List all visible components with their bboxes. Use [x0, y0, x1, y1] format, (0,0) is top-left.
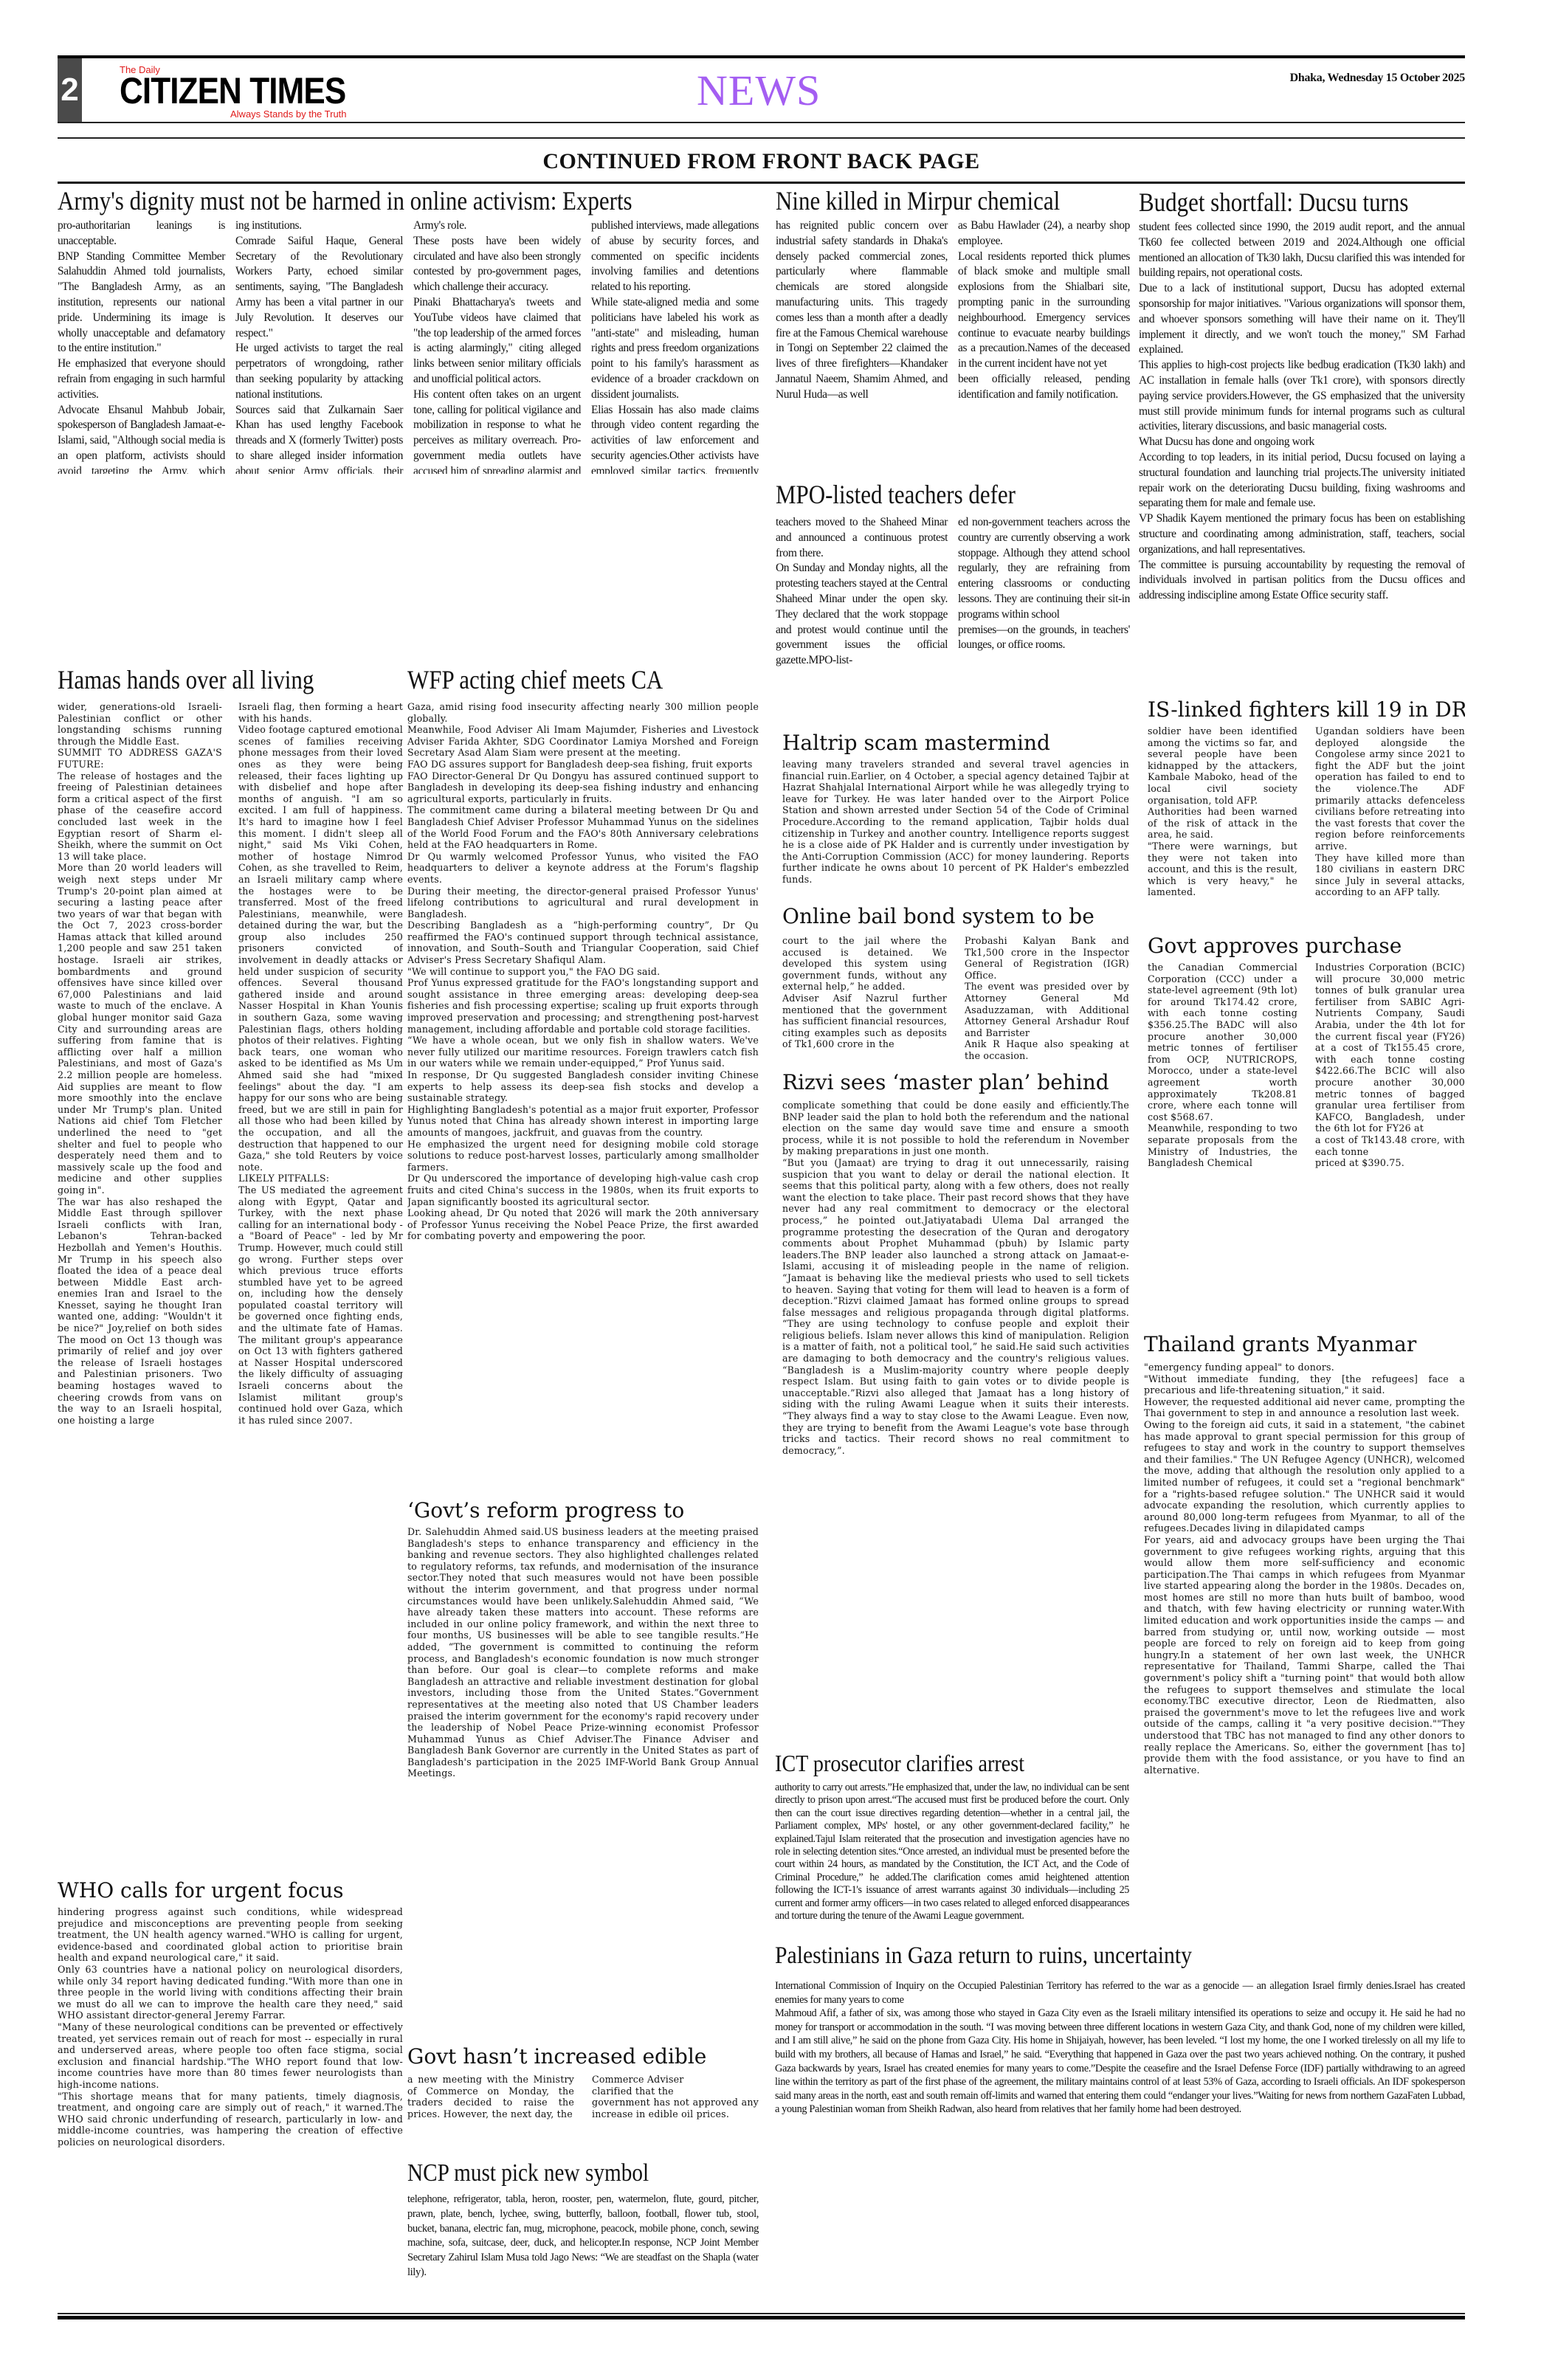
headline-ict[interactable]: ICT prosecutor clarifies arrest: [775, 1749, 1086, 1777]
article-body: teachers moved to the Shaheed Minar and …: [776, 515, 1130, 669]
column-2: Industries Corporation (BCIC) will procu…: [1315, 962, 1465, 1169]
article-body: International Commission of Inquiry on t…: [775, 1979, 1465, 2117]
article-body: the Canadian Commercial Corporation (CCC…: [1148, 962, 1465, 1169]
article-who: WHO calls for urgent focus hindering pro…: [58, 1878, 403, 2310]
section-title: NEWS: [697, 66, 821, 115]
column-2: Commerce Adviser clarified that the gove…: [592, 2074, 759, 2119]
column-1: pro-authoritarian leanings is unacceptab…: [58, 218, 225, 474]
article-body: student fees collected since 1990, the 2…: [1139, 220, 1465, 604]
article-body: wider, generations-old Israeli-Palestini…: [58, 701, 403, 1426]
article-is-drc: IS-linked fighters kill 19 in DR soldier…: [1148, 697, 1465, 926]
article-haltrip: Haltrip scam mastermind leaving many tra…: [782, 731, 1129, 908]
divider: [58, 182, 1465, 184]
headline-gaza[interactable]: Palestinians in Gaza return to ruins, un…: [775, 1941, 1396, 1970]
column-2: ed non-government teachers across the co…: [958, 515, 1130, 669]
headline-ncp[interactable]: NCP must pick new symbol: [407, 2159, 709, 2188]
headline-ducsu[interactable]: Budget shortfall: Ducsu turns: [1139, 186, 1419, 218]
column-3: Army's role. These posts have been widel…: [413, 218, 581, 474]
column-2: ing institutions. Comrade Saiful Haque, …: [235, 218, 403, 474]
logo-main-text: CITIZEN TIMES: [120, 72, 345, 110]
continued-banner: CONTINUED FROM FRONT BACK PAGE: [58, 137, 1465, 174]
headline-govt-purchase[interactable]: Govt approves purchase: [1148, 934, 1465, 959]
column-1: the Canadian Commercial Corporation (CCC…: [1148, 962, 1297, 1169]
headline-thailand[interactable]: Thailand grants Myanmar: [1144, 1332, 1465, 1357]
headline-edible[interactable]: Govt hasn’t increased edible: [407, 2044, 759, 2069]
headline-hamas[interactable]: Hamas hands over all living: [58, 664, 354, 695]
column-1: soldier have been identified among the v…: [1148, 725, 1297, 898]
column-1: has reignited public concern over indust…: [776, 218, 948, 403]
article-body: authority to carry out arrests.”He empha…: [775, 1781, 1129, 1922]
article-ict: ICT prosecutor clarifies arrest authorit…: [775, 1749, 1129, 1948]
headline-army[interactable]: Army's dignity must not be harmed in onl…: [58, 186, 661, 215]
article-body: complicate something that could be done …: [782, 1100, 1129, 1456]
article-body: leaving many travelers stranded and seve…: [782, 759, 1129, 886]
article-gaza: Palestinians in Gaza return to ruins, un…: [775, 1941, 1465, 2310]
logo-tagline: Always Stands by the Truth: [230, 108, 347, 120]
column-2: Ugandan soldiers have been deployed alon…: [1315, 725, 1465, 898]
headline-rizvi[interactable]: Rizvi sees ‘master plan’ behind: [782, 1070, 1129, 1095]
column-1: court to the jail where the accused is d…: [782, 935, 947, 1062]
headline-wfp[interactable]: WFP acting chief meets CA: [407, 664, 709, 695]
bottom-divider: [58, 2313, 1465, 2314]
article-body: court to the jail where the accused is d…: [782, 935, 1129, 1062]
article-rizvi: Rizvi sees ‘master plan’ behind complica…: [782, 1070, 1129, 1561]
column-2: Israeli flag, then forming a heart with …: [238, 701, 403, 1426]
article-body: "emergency funding appeal" to donors. "W…: [1144, 1362, 1465, 1776]
column-1: a new meeting with the Ministry of Comme…: [407, 2074, 574, 2119]
dateline: Dhaka, Wednesday 15 October 2025: [1290, 72, 1465, 85]
article-body: pro-authoritarian leanings is unacceptab…: [58, 218, 759, 474]
headline-mirpur[interactable]: Nine killed in Mirpur chemical: [776, 186, 1080, 215]
page-number: 2: [58, 58, 82, 122]
headline-mpo[interactable]: MPO-listed teachers defer: [776, 478, 1080, 511]
article-body: Dr. Salehuddin Ahmed said.US business le…: [407, 1526, 759, 1779]
column-2: Probashi Kalyan Bank and Tk1,500 crore i…: [965, 935, 1129, 1062]
article-thailand: Thailand grants Myanmar "emergency fundi…: [1144, 1332, 1465, 1941]
newspaper-logo[interactable]: The Daily CITIZEN TIMES Always Stands by…: [90, 61, 311, 120]
article-body: soldier have been identified among the v…: [1148, 725, 1465, 898]
column-4: published interviews, made allegations o…: [591, 218, 759, 474]
headline-reform[interactable]: ‘Govt’s reform progress to: [407, 1498, 759, 1523]
column-1: wider, generations-old Israeli-Palestini…: [58, 701, 222, 1426]
article-army: Army's dignity must not be harmed in onl…: [58, 186, 759, 474]
article-govt-purchase: Govt approves purchase the Canadian Comm…: [1148, 934, 1465, 1317]
article-mirpur: Nine killed in Mirpur chemical has reign…: [776, 186, 1130, 474]
column-2: as Babu Hawlader (24), a nearby shop emp…: [958, 218, 1130, 403]
column-1: teachers moved to the Shaheed Minar and …: [776, 515, 948, 669]
article-body: Gaza, amid rising food insecurity affect…: [407, 701, 759, 1242]
article-body: a new meeting with the Ministry of Comme…: [407, 2074, 759, 2119]
article-body: telephone, refrigerator, tabla, heron, r…: [407, 2193, 759, 2280]
article-reform: ‘Govt’s reform progress to Dr. Salehuddi…: [407, 1498, 759, 1941]
article-body: hindering progress against such conditio…: [58, 1906, 403, 2148]
headline-who[interactable]: WHO calls for urgent focus: [58, 1878, 403, 1903]
article-wfp: WFP acting chief meets CA Gaza, amid ris…: [407, 664, 759, 1472]
article-ducsu: Budget shortfall: Ducsu turns student fe…: [1139, 186, 1465, 699]
headline-haltrip[interactable]: Haltrip scam mastermind: [782, 731, 1129, 756]
headline-bail[interactable]: Online bail bond system to be: [782, 904, 1129, 929]
masthead: 2 The Daily CITIZEN TIMES Always Stands …: [58, 55, 1465, 123]
bottom-divider-thick: [58, 2316, 1465, 2319]
article-ncp: NCP must pick new symbol telephone, refr…: [407, 2159, 759, 2310]
article-edible: Govt hasn’t increased edible a new meeti…: [407, 2044, 759, 2159]
article-body: has reignited public concern over indust…: [776, 218, 1130, 403]
article-bail: Online bail bond system to be court to t…: [782, 904, 1129, 1074]
headline-is-drc[interactable]: IS-linked fighters kill 19 in DR: [1148, 697, 1465, 722]
article-hamas: Hamas hands over all living wider, gener…: [58, 664, 403, 1934]
article-mpo: MPO-listed teachers defer teachers moved…: [776, 478, 1130, 729]
